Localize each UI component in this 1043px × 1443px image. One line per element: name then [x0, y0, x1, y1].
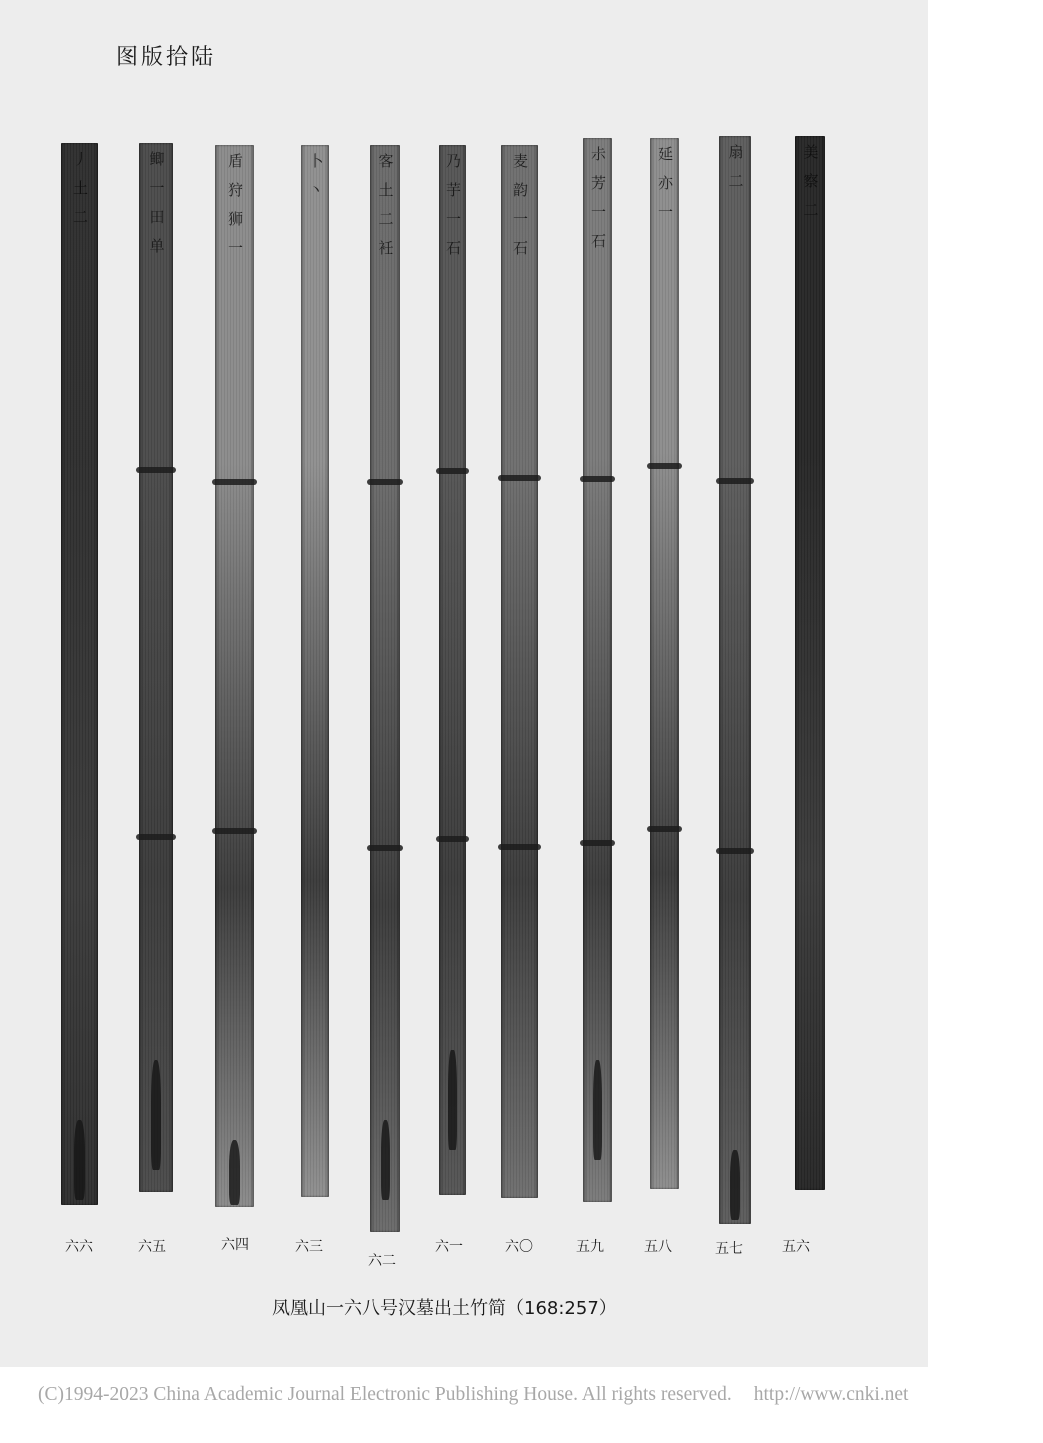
slip-inscription: 延亦一 — [657, 146, 672, 233]
binding-cord-mark — [498, 475, 541, 481]
wood-grain — [370, 145, 400, 1232]
bamboo-slip: 卜丶 — [301, 145, 329, 1197]
slip-inscription: 麦韵一石 — [512, 153, 527, 269]
slip-number-label: 五六 — [782, 1236, 810, 1256]
bamboo-slip: 延亦一 — [650, 138, 679, 1189]
slip-number-label: 六三 — [295, 1236, 323, 1256]
binding-cord-mark — [716, 478, 754, 484]
ink-stain — [151, 1060, 161, 1170]
slip-inscription: 鲫一田单 — [149, 151, 164, 267]
wood-grain — [301, 145, 329, 1197]
bamboo-slip: 客土二衽 — [370, 145, 400, 1232]
slip-number-label: 五九 — [576, 1236, 604, 1256]
cnki-url[interactable]: http://www.cnki.net — [754, 1384, 909, 1405]
slip-number-label: 五八 — [644, 1236, 672, 1256]
slip-inscription: 盾狩狮一 — [227, 153, 242, 269]
plate-title: 图版拾陆 — [116, 40, 216, 71]
slip-inscription: 客土二衽 — [378, 153, 393, 269]
slip-inscription: 乃芋一石 — [445, 153, 460, 269]
slip-inscription: 尗芳一石 — [590, 146, 605, 262]
slip-number-label: 六〇 — [505, 1236, 533, 1256]
bamboo-slip: 乃芋一石 — [439, 145, 466, 1195]
copyright-footer: (C)1994-2023 China Academic Journal Elec… — [38, 1384, 908, 1406]
wood-grain — [719, 136, 751, 1224]
ink-stain — [381, 1120, 390, 1200]
bamboo-slip: 丿土二 — [61, 143, 98, 1205]
binding-cord-mark — [136, 834, 176, 840]
figure-caption: 凤凰山一六八号汉墓出土竹简（168:257） — [272, 1294, 617, 1320]
binding-cord-mark — [212, 479, 257, 485]
binding-cord-mark — [367, 479, 403, 485]
wood-grain — [61, 143, 98, 1205]
wood-grain — [215, 145, 254, 1207]
bamboo-slip: 尗芳一石 — [583, 138, 612, 1202]
wood-grain — [583, 138, 612, 1202]
binding-cord-mark — [580, 840, 615, 846]
slip-number-label: 六五 — [138, 1236, 166, 1256]
binding-cord-mark — [136, 467, 176, 473]
slip-inscription: 扇二 — [728, 144, 743, 202]
ink-stain — [593, 1060, 602, 1160]
slip-inscription: 美察二 — [803, 144, 818, 231]
bamboo-slip: 扇二 — [719, 136, 751, 1224]
ink-stain — [229, 1140, 241, 1205]
scanned-plate-page: 图版拾陆 丿土二六六鲫一田单六五盾狩狮一六四卜丶六三客土二衽六二乃芋一石六一麦韵… — [0, 0, 928, 1367]
ink-stain — [74, 1120, 85, 1200]
binding-cord-mark — [367, 845, 403, 851]
binding-cord-mark — [436, 468, 469, 474]
slip-number-label: 五七 — [715, 1238, 743, 1258]
binding-cord-mark — [647, 826, 682, 832]
binding-cord-mark — [498, 844, 541, 850]
binding-cord-mark — [647, 463, 682, 469]
copyright-text: (C)1994-2023 China Academic Journal Elec… — [38, 1384, 732, 1405]
slip-number-label: 六六 — [65, 1236, 93, 1256]
binding-cord-mark — [436, 836, 469, 842]
wood-grain — [439, 145, 466, 1195]
ink-stain — [730, 1150, 740, 1220]
wood-grain — [650, 138, 679, 1189]
binding-cord-mark — [580, 476, 615, 482]
slip-inscription: 卜丶 — [308, 153, 323, 211]
bamboo-slip: 美察二 — [795, 136, 825, 1190]
bamboo-slip: 鲫一田单 — [139, 143, 173, 1192]
bamboo-slip: 麦韵一石 — [501, 145, 538, 1198]
bamboo-slip: 盾狩狮一 — [215, 145, 254, 1207]
slip-number-label: 六四 — [221, 1234, 249, 1254]
ink-stain — [448, 1050, 456, 1150]
wood-grain — [795, 136, 825, 1190]
wood-grain — [501, 145, 538, 1198]
wood-grain — [139, 143, 173, 1192]
slip-number-label: 六一 — [435, 1236, 463, 1256]
slip-number-label: 六二 — [368, 1250, 396, 1270]
slip-inscription: 丿土二 — [72, 151, 87, 238]
binding-cord-mark — [212, 828, 257, 834]
binding-cord-mark — [716, 848, 754, 854]
